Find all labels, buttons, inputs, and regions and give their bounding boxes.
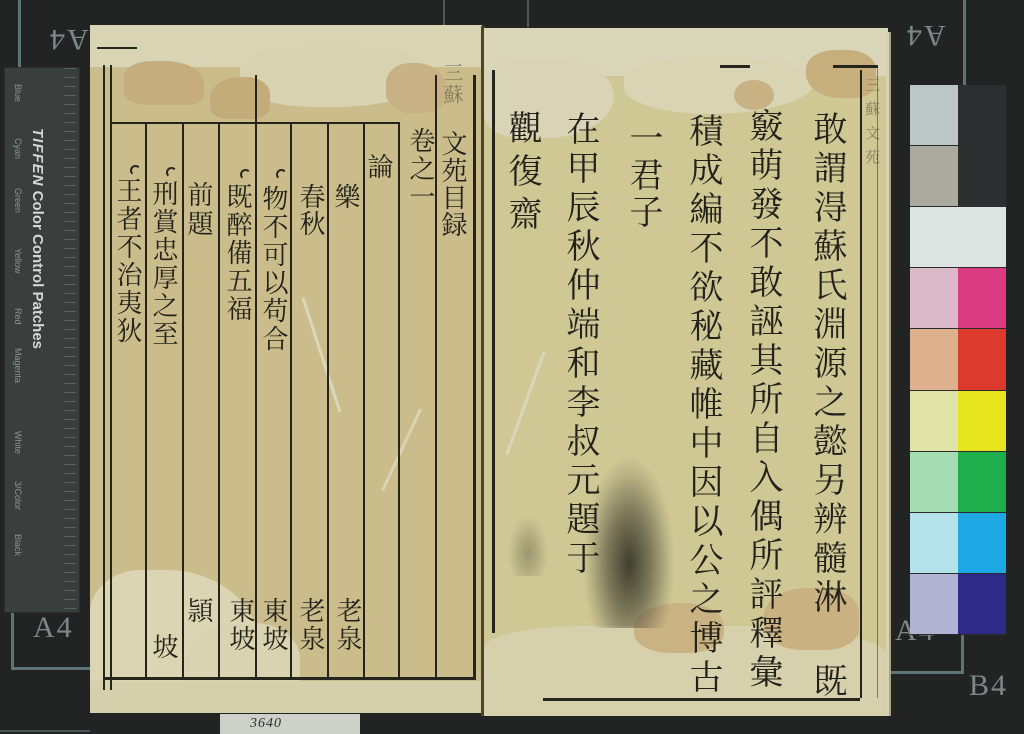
catalog-tag: 3640 [220,714,360,734]
exposed-paper-patch [124,61,204,105]
swatch-mid-gray [910,146,958,207]
catalog-number: 3640 [250,716,282,732]
swatch-magenta [958,268,1006,329]
swatch-blue [958,574,1006,635]
frame-rule-top-fragment [720,65,750,68]
swatch-yellow [958,391,1006,452]
swatch-light-gray [910,85,958,146]
guide-line-bottom-left-v [11,612,14,670]
swatch-white [910,207,1006,268]
paper-fiber-streak [302,297,342,412]
swatch-pale-red [910,329,958,390]
tiffen-color-control-ruler: TIFFEN Color Control Patches Blue Cyan G… [4,67,80,613]
guide-line-bottom-right-h [886,671,964,674]
swatch-pale-yellow [910,391,958,452]
guide-line-bottom-edge [0,730,90,732]
frame-rule-right [473,75,476,677]
frame-rule-top-right [833,65,878,68]
text-column: 敢謂淂蘇氏淵源之懿另辨髓淋 [810,111,844,618]
size-label-top-right: A4 [905,20,946,50]
paper-fiber-streak [505,351,545,455]
toc-entry-author: 東坡 [227,597,253,653]
size-label-top-left: A4 [48,24,89,54]
ruler-label-green: Green [13,188,22,213]
repair-tissue-top-blob [624,56,814,114]
toc-title-prefix: 三蘇 [442,62,462,106]
size-label-b4: B4 [969,671,1008,701]
entry-mark-icon [276,169,287,180]
ruler-brand-name: TIFFEN [29,128,46,187]
toc-entry-title: 春秋 [297,183,323,237]
column-rule [398,122,400,677]
frame-rule-outer-left-2 [110,65,112,690]
exposed-paper-patch [210,77,270,119]
toc-entry-title: 物不可以苟合 [260,185,286,353]
toc-volume: 卷之一 [407,127,433,211]
column-rule [327,122,329,677]
ruler-label-yellow: Yellow [13,248,22,274]
text-column-tail: 既 [810,663,844,702]
toc-entry-title: 樂 [332,183,358,211]
frame-rule-right [860,70,862,698]
ruler-label-3color: 3/Color [13,481,22,510]
guide-line-bottom-left-h [11,667,91,670]
toc-entry-title: 刑賞忠厚之至 [150,180,176,348]
guide-line-top-mid-2 [527,0,529,27]
frame-rule-left [492,70,495,633]
toc-entry-author: 頴 [185,597,211,625]
frame-rule-bottom [103,677,476,680]
ruler-label-red: Red [13,308,22,325]
swatch-pale-cyan [910,513,958,574]
repair-tissue-bottom-band [90,681,482,713]
ruler-tick-marks [64,68,76,612]
guide-line-bottom-right-v [961,633,964,674]
swatch-pale-magenta [910,268,958,329]
toc-entry-title: 王者不治夷狄 [114,177,140,345]
signature-column: 觀復齋 [505,110,539,239]
text-column: 竅萌發不敢誣其所自入偶所評釋彙 [746,108,780,693]
toc-title: 文苑目録 [439,130,465,238]
swatch-black [958,85,1006,207]
size-label-bottom-left: A4 [33,613,74,643]
margin-title: 三蘇文苑 [864,77,879,173]
guide-line-top-mid-1 [443,0,445,25]
toc-section: 論 [365,153,391,181]
ruler-label-blue: Blue [13,84,22,102]
ruler-label-magenta: Magenta [13,348,22,383]
swatch-cyan [958,513,1006,574]
toc-entry-author: 老泉 [334,597,360,653]
exposed-paper-patch [386,63,446,113]
faint-seal-mark [508,516,548,576]
guide-line-top-left [18,0,21,68]
text-column: 在甲辰秋仲端和李叔元題于 [563,111,597,579]
swatch-pale-green [910,452,958,513]
ruler-title: Color Control Patches [29,191,46,349]
ruler-label-white: White [13,431,22,454]
toc-entry-title: 既醉備五福 [224,183,250,323]
frame-rule-top-stub [97,47,137,49]
book-right-page: 三蘇文苑 敢謂淂蘇氏淵源之懿另辨髓淋 既 竅萌發不敢誣其所自入偶所評釋彙 積成編… [484,28,888,716]
exposed-paper-patch [734,80,774,110]
column-rule [218,122,220,677]
guide-line-top-right [963,0,966,85]
entry-mark-icon [166,167,177,178]
swatch-red [958,329,1006,390]
column-rule [255,75,257,677]
entry-mark-icon [130,165,141,176]
column-rule [290,122,292,677]
column-rule [145,122,147,677]
column-rule [363,122,365,677]
ruler-label-black: Black [13,534,22,556]
entry-mark-icon [240,169,251,180]
book-left-page: 三蘇 文苑目録 卷之一 論 樂 春秋 物不可以苟合 既醉備五福 前題 刑賞忠厚之… [90,25,482,713]
text-column: 一君子 [626,120,660,231]
text-column: 積成編不欲秘藏帷中因以公之博古 [686,113,720,698]
toc-entry-author: 東坡 [260,597,286,653]
toc-entry-author: 坡 [150,633,176,661]
swatch-pale-blue [910,574,958,635]
paper-fiber-streak [381,409,422,492]
book-page-edges [889,32,891,716]
ruler-label-cyan: Cyan [13,138,22,159]
toc-entry-author: 老泉 [297,597,323,653]
ruler-brand-text: TIFFEN Color Control Patches [30,128,45,349]
swatch-green [958,452,1006,513]
toc-entry-title: 前題 [185,181,211,239]
frame-rule-outer-left-1 [103,65,105,690]
color-calibration-chart [910,85,1006,635]
